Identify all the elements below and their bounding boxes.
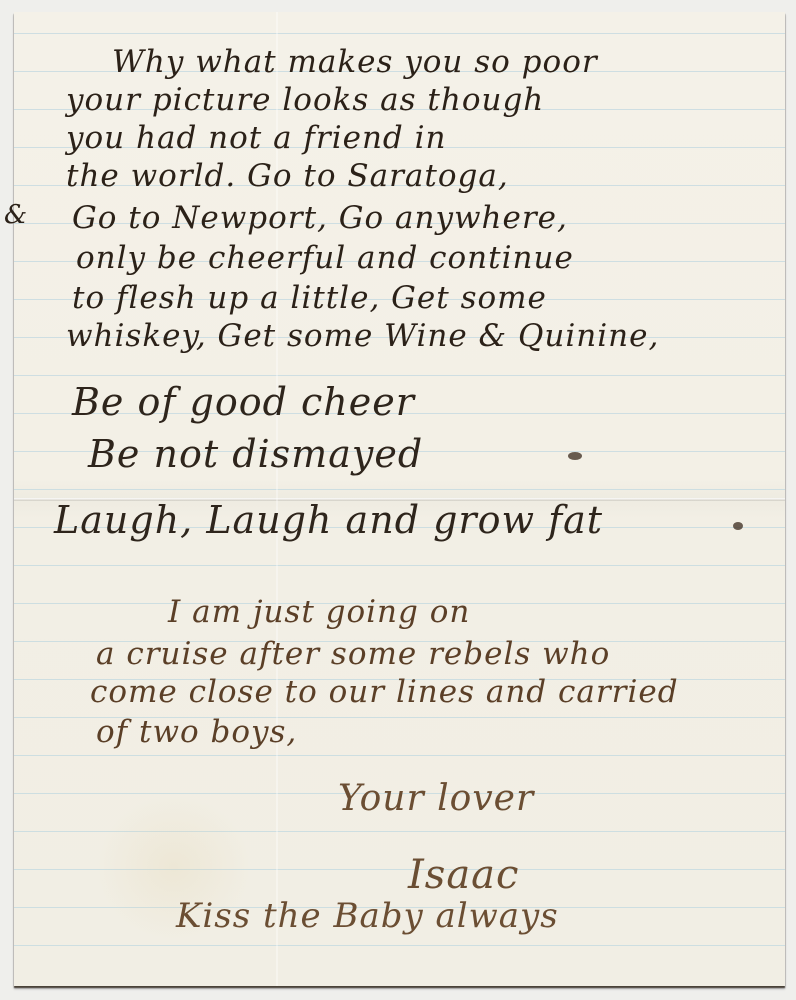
rule-line (14, 33, 785, 34)
rule-line (14, 565, 785, 566)
letter-line: of two boys, (96, 714, 297, 750)
margin-mark: & (4, 200, 27, 230)
closing: Your lover (338, 778, 534, 819)
verse-line: Be of good cheer (72, 380, 415, 424)
letter-line: come close to our lines and carried (90, 674, 679, 710)
letter-line: I am just going on (168, 594, 470, 630)
verse-line: Be not dismayed (88, 432, 423, 476)
letter-line: Why what makes you so poor (112, 44, 598, 80)
letter-line: Go to Newport, Go anywhere, (72, 200, 568, 236)
letter-line: the world. Go to Saratoga, (66, 158, 509, 194)
postscript: Kiss the Baby always (176, 896, 559, 936)
letter-line: whiskey, Get some Wine & Quinine, (66, 318, 659, 354)
letter-line: your picture looks as though (66, 82, 544, 118)
ink-blot (733, 522, 743, 530)
signature: Isaac (408, 852, 519, 898)
ink-blot (568, 452, 582, 460)
letter-line: only be cheerful and continue (76, 240, 574, 276)
rule-line (14, 755, 785, 756)
rule-line (14, 945, 785, 946)
verse-line: Laugh, Laugh and grow fat (54, 498, 603, 542)
letter-line: you had not a friend in (66, 120, 447, 156)
rule-line (14, 375, 785, 376)
letter-line: a cruise after some rebels who (96, 636, 610, 672)
letter-line: to flesh up a little, Get some (72, 280, 547, 316)
rule-line (14, 489, 785, 490)
